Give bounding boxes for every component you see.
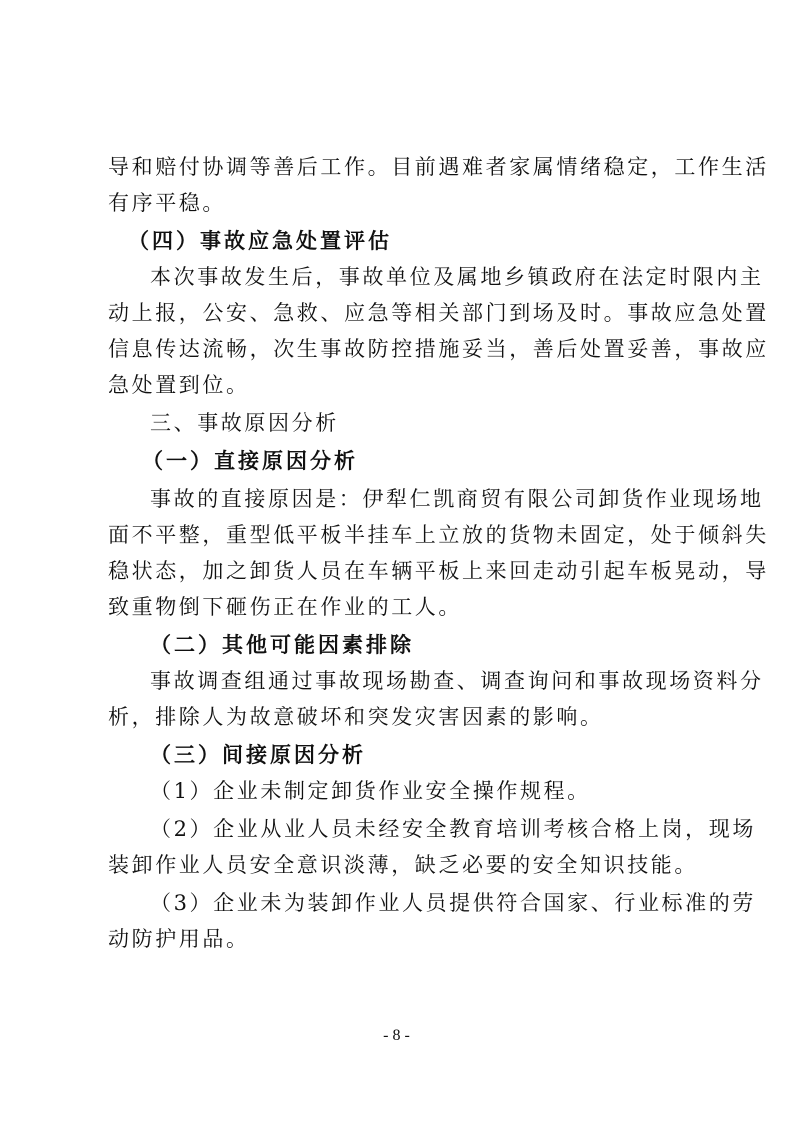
paragraph-line: 动上报，公安、急救、应急等相关部门到场及时。事故应急处置	[108, 298, 688, 328]
paragraph-line: 析，排除人为故意破坏和突发灾害因素的影响。	[108, 702, 688, 732]
chapter-heading: 三、事故原因分析	[150, 408, 690, 438]
list-item: （1）企业未制定卸货作业安全操作规程。	[150, 776, 690, 806]
section-heading: （四）事故应急处置评估	[128, 226, 708, 256]
paragraph-line: 事故调查组通过事故现场勘查、调查询问和事故现场资料分	[150, 666, 690, 696]
section-heading: （三）间接原因分析	[150, 740, 730, 770]
paragraph-line: 稳状态，加之卸货人员在车辆平板上来回走动引起车板晃动，导	[108, 556, 688, 586]
page-number: - 8 -	[0, 1027, 793, 1045]
list-item: （2）企业从业人员未经安全教育培训考核合格上岗，现场	[150, 814, 690, 844]
paragraph-line: 信息传达流畅，次生事故防控措施妥当，善后处置妥善，事故应	[108, 334, 688, 364]
paragraph-line: 急处置到位。	[108, 370, 688, 400]
paragraph-line: 面不平整，重型低平板半挂车上立放的货物未固定，处于倾斜失	[108, 520, 688, 550]
list-item: （3）企业未为装卸作业人员提供符合国家、行业标准的劳	[150, 888, 690, 918]
paragraph-line: 事故的直接原因是：伊犁仁凯商贸有限公司卸货作业现场地	[150, 484, 690, 514]
section-heading: （一）直接原因分析	[142, 446, 722, 476]
paragraph-line: 导和赔付协调等善后工作。目前遇难者家属情绪稳定，工作生活	[108, 152, 688, 182]
paragraph-line: 本次事故发生后，事故单位及属地乡镇政府在法定时限内主	[150, 262, 690, 292]
paragraph-line: 有序平稳。	[108, 188, 688, 218]
paragraph-line: 装卸作业人员安全意识淡薄，缺乏必要的安全知识技能。	[108, 850, 688, 880]
paragraph-line: 动防护用品。	[108, 924, 688, 954]
section-heading: （二）其他可能因素排除	[150, 630, 730, 660]
paragraph-line: 致重物倒下砸伤正在作业的工人。	[108, 592, 688, 622]
